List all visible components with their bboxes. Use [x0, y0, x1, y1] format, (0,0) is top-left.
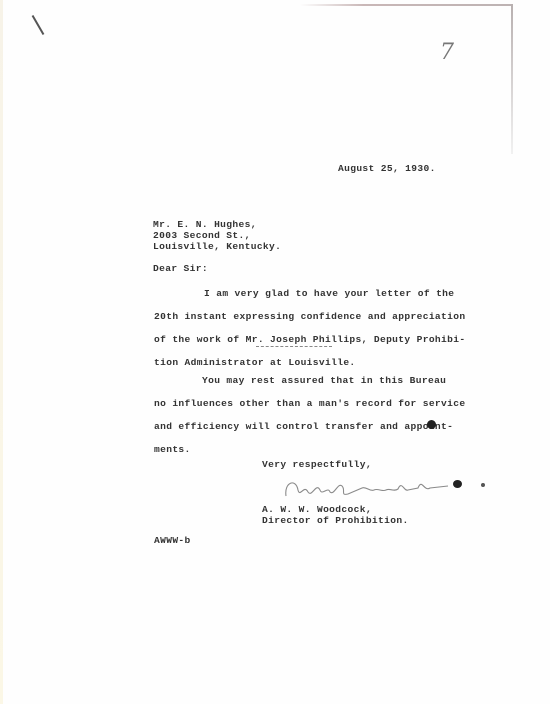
page-edge-top — [300, 4, 512, 6]
pencil-mark — [32, 15, 45, 35]
page-edge-right — [511, 4, 513, 154]
signer-title: Director of Prohibition. — [262, 515, 409, 526]
ink-blot — [453, 480, 462, 488]
ink-speck — [481, 483, 485, 487]
recipient-name: Mr. E. N. Hughes, — [153, 219, 257, 230]
signer-name: A. W. W. Woodcock, — [262, 504, 372, 515]
paragraph-2-line: and efficiency will control transfer and… — [154, 421, 453, 432]
margin-mark: 7 — [440, 40, 454, 65]
paragraph-2-line: no influences other than a man's record … — [154, 398, 465, 409]
letter-date: August 25, 1930. — [338, 163, 436, 174]
recipient-city: Louisville, Kentucky. — [153, 241, 281, 252]
page-edge-left — [0, 0, 3, 704]
scanned-letter-page: 7 August 25, 1930. Mr. E. N. Hughes, 200… — [0, 0, 550, 704]
reference-initials: AWWW-b — [154, 535, 191, 546]
paragraph-1-line: tion Administrator at Louisville. — [154, 357, 356, 368]
paragraph-2-line: ments. — [154, 444, 191, 455]
closing: Very respectfully, — [262, 459, 372, 470]
salutation: Dear Sir: — [153, 263, 208, 274]
name-underline — [256, 344, 332, 347]
recipient-street: 2003 Second St., — [153, 230, 251, 241]
paragraph-1-line: 20th instant expressing confidence and a… — [154, 311, 465, 322]
handwritten-signature — [282, 472, 452, 502]
paragraph-2-line: You may rest assured that in this Bureau — [202, 375, 446, 386]
ink-blot — [427, 420, 436, 429]
paragraph-1-line: I am very glad to have your letter of th… — [204, 288, 454, 299]
